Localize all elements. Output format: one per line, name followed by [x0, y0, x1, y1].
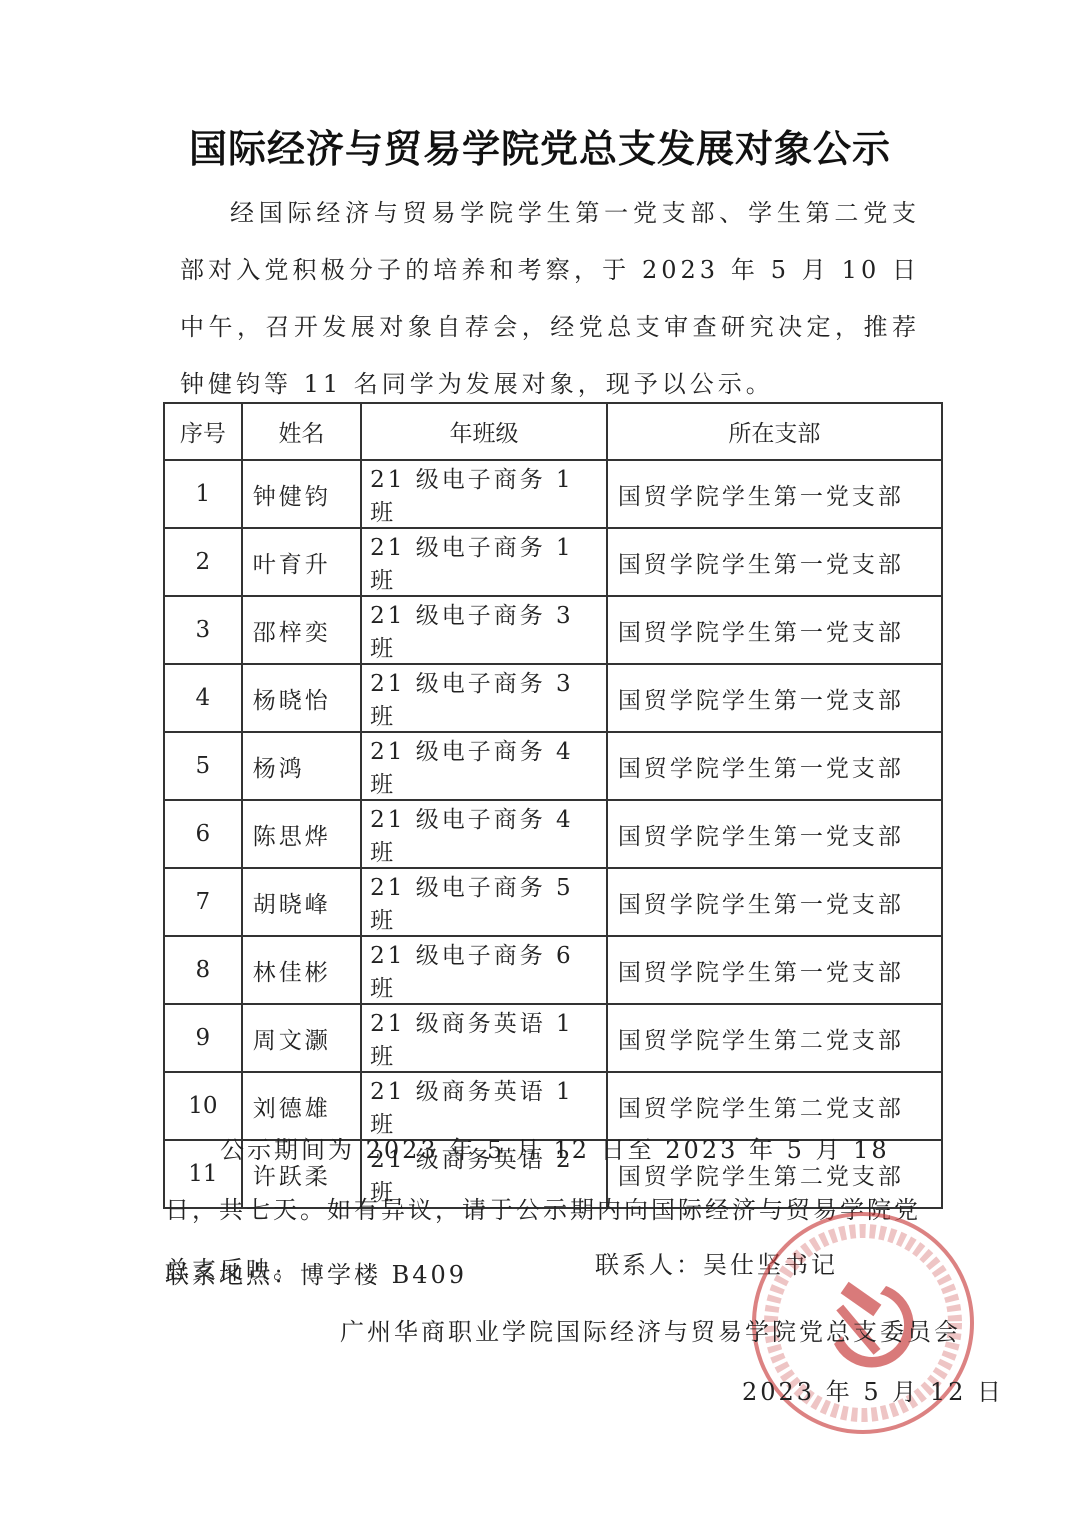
cell-name: 杨晓怡: [242, 664, 361, 732]
cell-branch: 国贸学院学生第一党支部: [607, 528, 942, 596]
cell-name: 钟健钧: [242, 460, 361, 528]
contact-person: 联系人：吴仕坚书记: [595, 1245, 838, 1280]
contact-place: 联系地点：博学楼 B409: [165, 1255, 467, 1290]
cell-class: 21 级电子商务 3 班: [361, 664, 607, 732]
table-row: 9周文灏21 级商务英语 1 班国贸学院学生第二党支部: [164, 1004, 942, 1072]
cell-no: 6: [164, 800, 242, 868]
cell-no: 3: [164, 596, 242, 664]
header-name: 姓名: [242, 403, 361, 460]
header-branch: 所在支部: [607, 403, 942, 460]
intro-paragraph: 经国际经济与贸易学院学生第一党支部、学生第二党支部对入党积极分子的培养和考察，于…: [180, 185, 920, 413]
table-row: 6陈思烨21 级电子商务 4 班国贸学院学生第一党支部: [164, 800, 942, 868]
cell-name: 林佳彬: [242, 936, 361, 1004]
cell-class: 21 级电子商务 6 班: [361, 936, 607, 1004]
signature-date: 2023 年 5 月 12 日: [742, 1372, 1004, 1407]
header-class: 年班级: [361, 403, 607, 460]
cell-class: 21 级商务英语 1 班: [361, 1004, 607, 1072]
table-row: 7胡晓峰21 级电子商务 5 班国贸学院学生第一党支部: [164, 868, 942, 936]
table-row: 4杨晓怡21 级电子商务 3 班国贸学院学生第一党支部: [164, 664, 942, 732]
table-row: 3邵梓奕21 级电子商务 3 班国贸学院学生第一党支部: [164, 596, 942, 664]
cell-no: 4: [164, 664, 242, 732]
cell-class: 21 级电子商务 4 班: [361, 800, 607, 868]
table-header-row: 序号 姓名 年班级 所在支部: [164, 403, 942, 460]
table-row: 2叶育升21 级电子商务 1 班国贸学院学生第一党支部: [164, 528, 942, 596]
cell-class: 21 级电子商务 5 班: [361, 868, 607, 936]
cell-branch: 国贸学院学生第一党支部: [607, 664, 942, 732]
table-row: 5杨鸿21 级电子商务 4 班国贸学院学生第一党支部: [164, 732, 942, 800]
cell-branch: 国贸学院学生第二党支部: [607, 1004, 942, 1072]
table-row: 8林佳彬21 级电子商务 6 班国贸学院学生第一党支部: [164, 936, 942, 1004]
cell-class: 21 级电子商务 3 班: [361, 596, 607, 664]
table-row: 1钟健钧21 级电子商务 1 班国贸学院学生第一党支部: [164, 460, 942, 528]
cell-name: 杨鸿: [242, 732, 361, 800]
cell-branch: 国贸学院学生第一党支部: [607, 868, 942, 936]
cell-name: 叶育升: [242, 528, 361, 596]
cell-no: 9: [164, 1004, 242, 1072]
cell-no: 7: [164, 868, 242, 936]
cell-name: 周文灏: [242, 1004, 361, 1072]
cell-no: 1: [164, 460, 242, 528]
cell-name: 陈思烨: [242, 800, 361, 868]
cell-branch: 国贸学院学生第一党支部: [607, 596, 942, 664]
cell-branch: 国贸学院学生第一党支部: [607, 936, 942, 1004]
cell-branch: 国贸学院学生第一党支部: [607, 732, 942, 800]
cell-name: 胡晓峰: [242, 868, 361, 936]
document-title: 国际经济与贸易学院党总支发展对象公示: [0, 118, 1080, 173]
candidate-table: 序号 姓名 年班级 所在支部 1钟健钧21 级电子商务 1 班国贸学院学生第一党…: [163, 402, 943, 1209]
cell-no: 2: [164, 528, 242, 596]
header-no: 序号: [164, 403, 242, 460]
cell-class: 21 级电子商务 4 班: [361, 732, 607, 800]
cell-branch: 国贸学院学生第一党支部: [607, 460, 942, 528]
cell-name: 邵梓奕: [242, 596, 361, 664]
cell-class: 21 级电子商务 1 班: [361, 528, 607, 596]
cell-class: 21 级电子商务 1 班: [361, 460, 607, 528]
cell-branch: 国贸学院学生第一党支部: [607, 800, 942, 868]
signature-organization: 广州华商职业学院国际经济与贸易学院党总支委员会: [340, 1312, 961, 1347]
cell-no: 5: [164, 732, 242, 800]
cell-no: 8: [164, 936, 242, 1004]
